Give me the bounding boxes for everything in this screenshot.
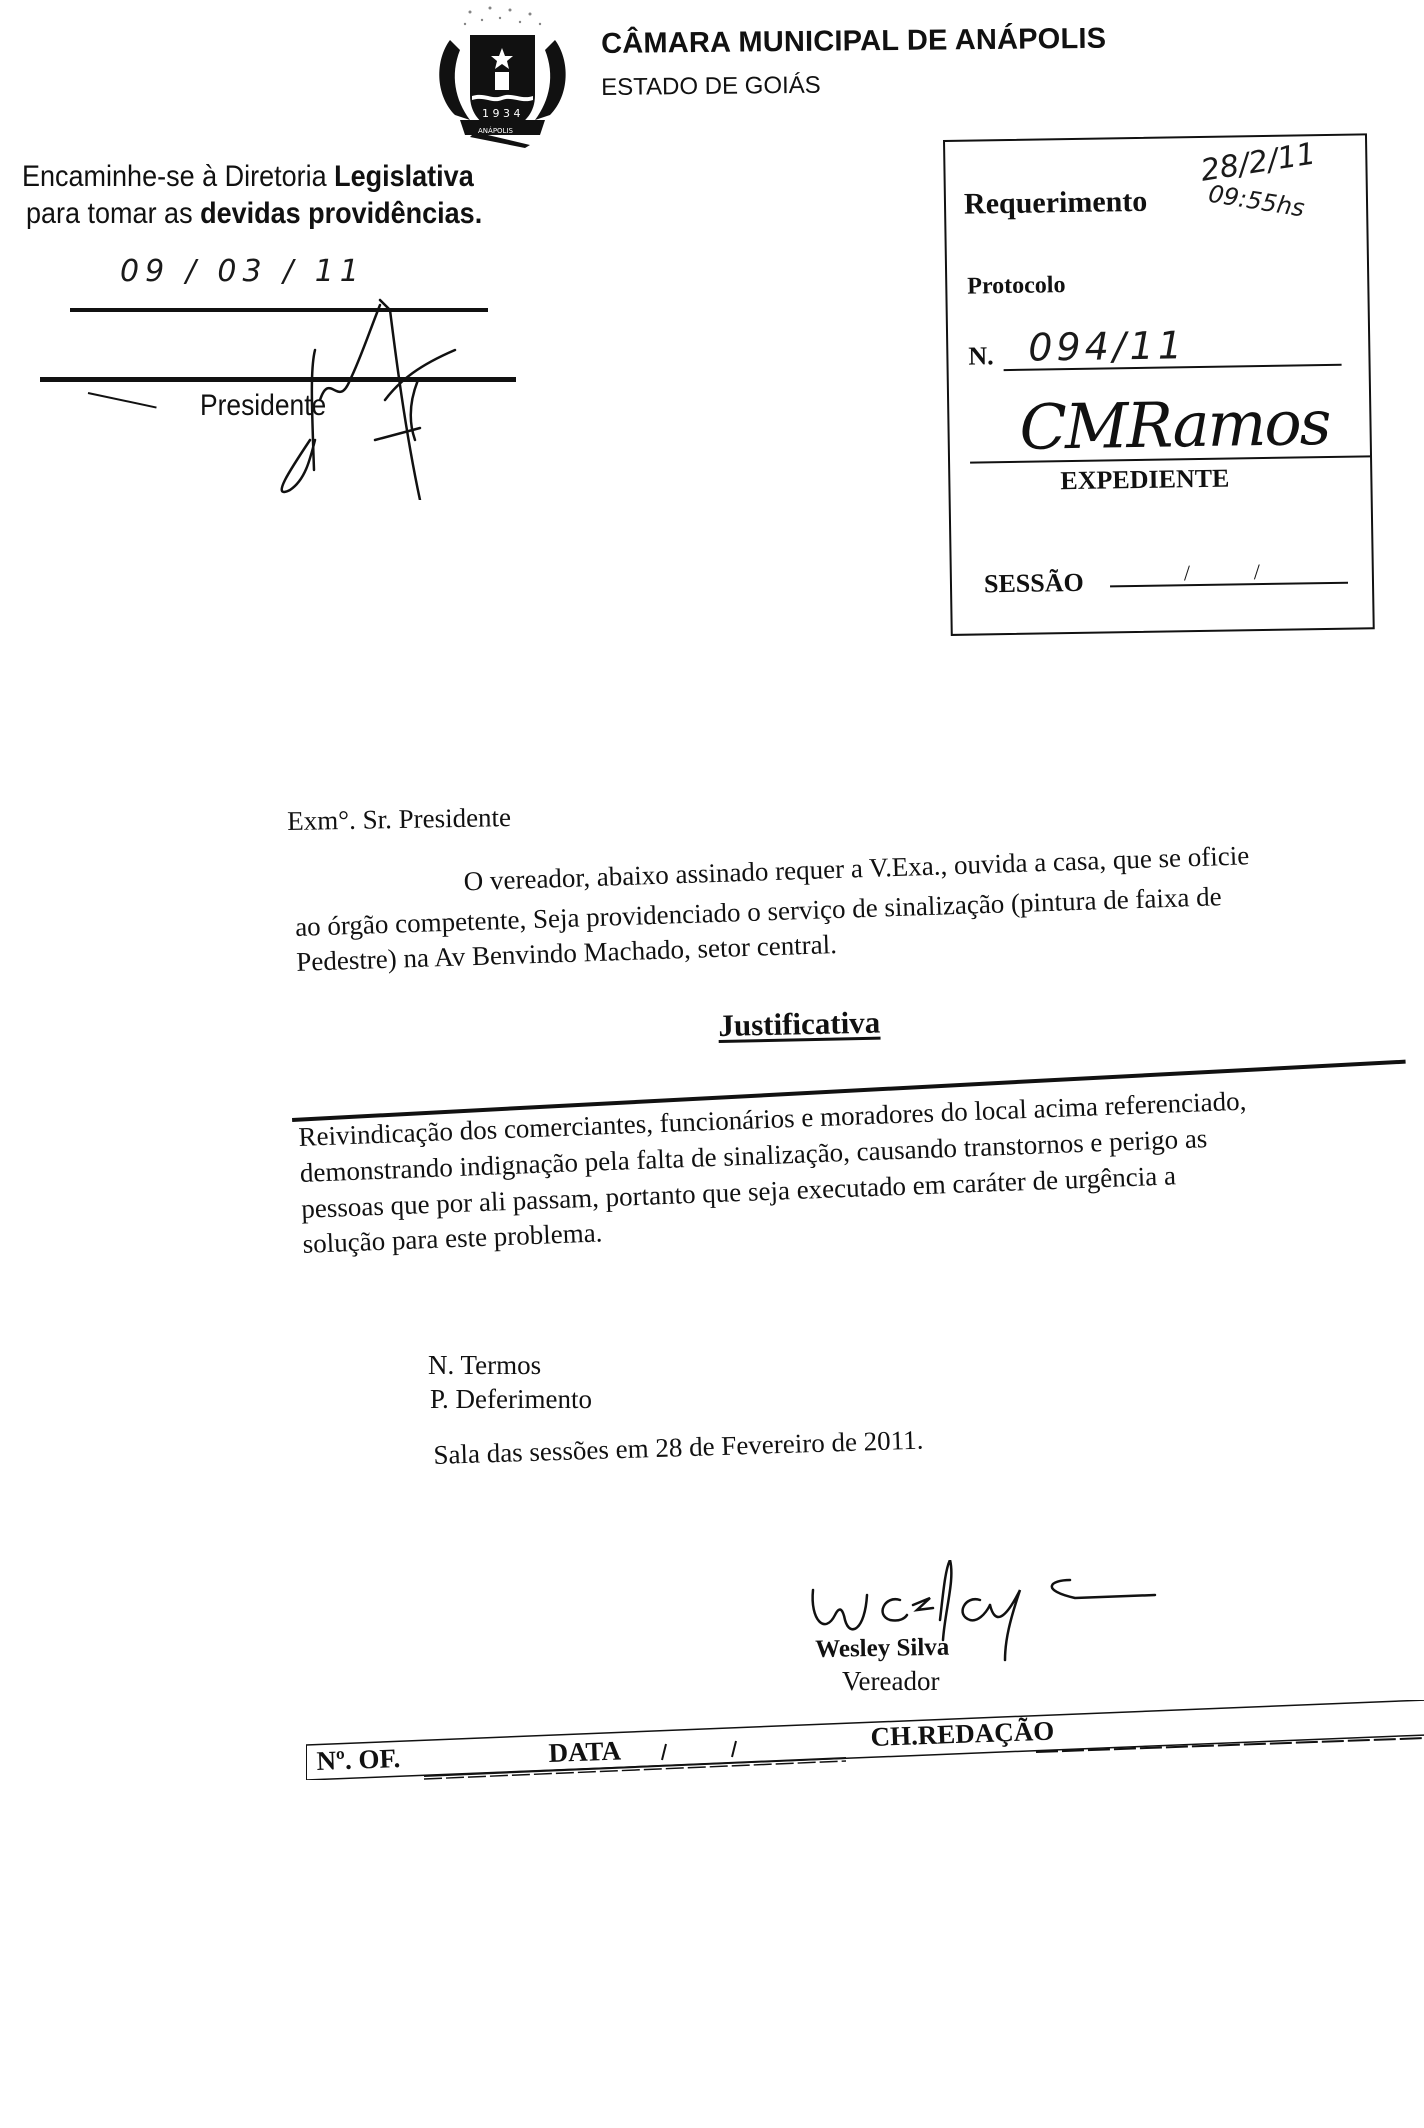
session-label: SESSÃO — [984, 568, 1084, 600]
form-date-label: DATA — [548, 1735, 622, 1769]
dispatch-text: Encaminhe-se à Diretoria — [22, 160, 334, 193]
editor-label: CH.REDAÇÃO — [870, 1716, 1055, 1753]
svg-text:1 9 3 4: 1 9 3 4 — [482, 107, 520, 120]
signer-name: Wesley Silva — [815, 1634, 950, 1664]
dispatch-text-bold: devidas providências. — [200, 197, 482, 230]
session-date-blank — [1110, 582, 1348, 588]
dispatch-stamp-line1: Encaminhe-se à Diretoria Legislativa — [22, 160, 474, 194]
office-number-label: Nº. OF. — [316, 1743, 401, 1777]
request-label: Requerimento — [964, 185, 1148, 222]
expediente-label: EXPEDIENTE — [1060, 464, 1229, 497]
dispatch-text-bold: Legislativa — [334, 160, 474, 193]
salutation: Exm°. Sr. Presidente — [287, 802, 511, 837]
protocol-number-label: N. — [968, 341, 994, 371]
paragraph-line: solução para este problema. — [302, 1217, 603, 1259]
received-time: 09:55hs — [1206, 180, 1306, 223]
closing-terms: N. Termos — [428, 1350, 541, 1381]
closing-request: P. Deferimento — [430, 1384, 592, 1415]
signer-role: Vereador — [842, 1666, 939, 1697]
date-separator: / — [1254, 559, 1261, 585]
protocol-stamp-box: Requerimento 28/2/11 09:55hs Protocolo N… — [943, 133, 1375, 636]
date-separator: / — [1184, 560, 1191, 586]
pen-stroke — [88, 392, 157, 409]
office-form-box — [306, 1700, 1424, 1780]
coat-of-arms-icon: 1 9 3 4 ANÁPOLIS — [430, 0, 575, 148]
state-subtitle: ESTADO DE GOIÁS — [601, 72, 821, 102]
clerk-signature: CMRamos — [1019, 386, 1330, 464]
institution-title: CÂMARA MUNICIPAL DE ANÁPOLIS — [601, 23, 1106, 61]
place-and-date: Sala das sessões em 28 de Fevereiro de 2… — [433, 1425, 924, 1471]
dispatch-text: para tomar as — [26, 197, 200, 230]
dispatch-stamp-line2: para tomar as devidas providências. — [26, 197, 482, 231]
svg-text:ANÁPOLIS: ANÁPOLIS — [478, 126, 514, 135]
justification-heading: Justificativa — [718, 1005, 881, 1044]
president-signature-icon — [230, 270, 460, 500]
protocol-number: 094/11 — [1028, 323, 1186, 369]
protocol-label: Protocolo — [967, 272, 1066, 301]
